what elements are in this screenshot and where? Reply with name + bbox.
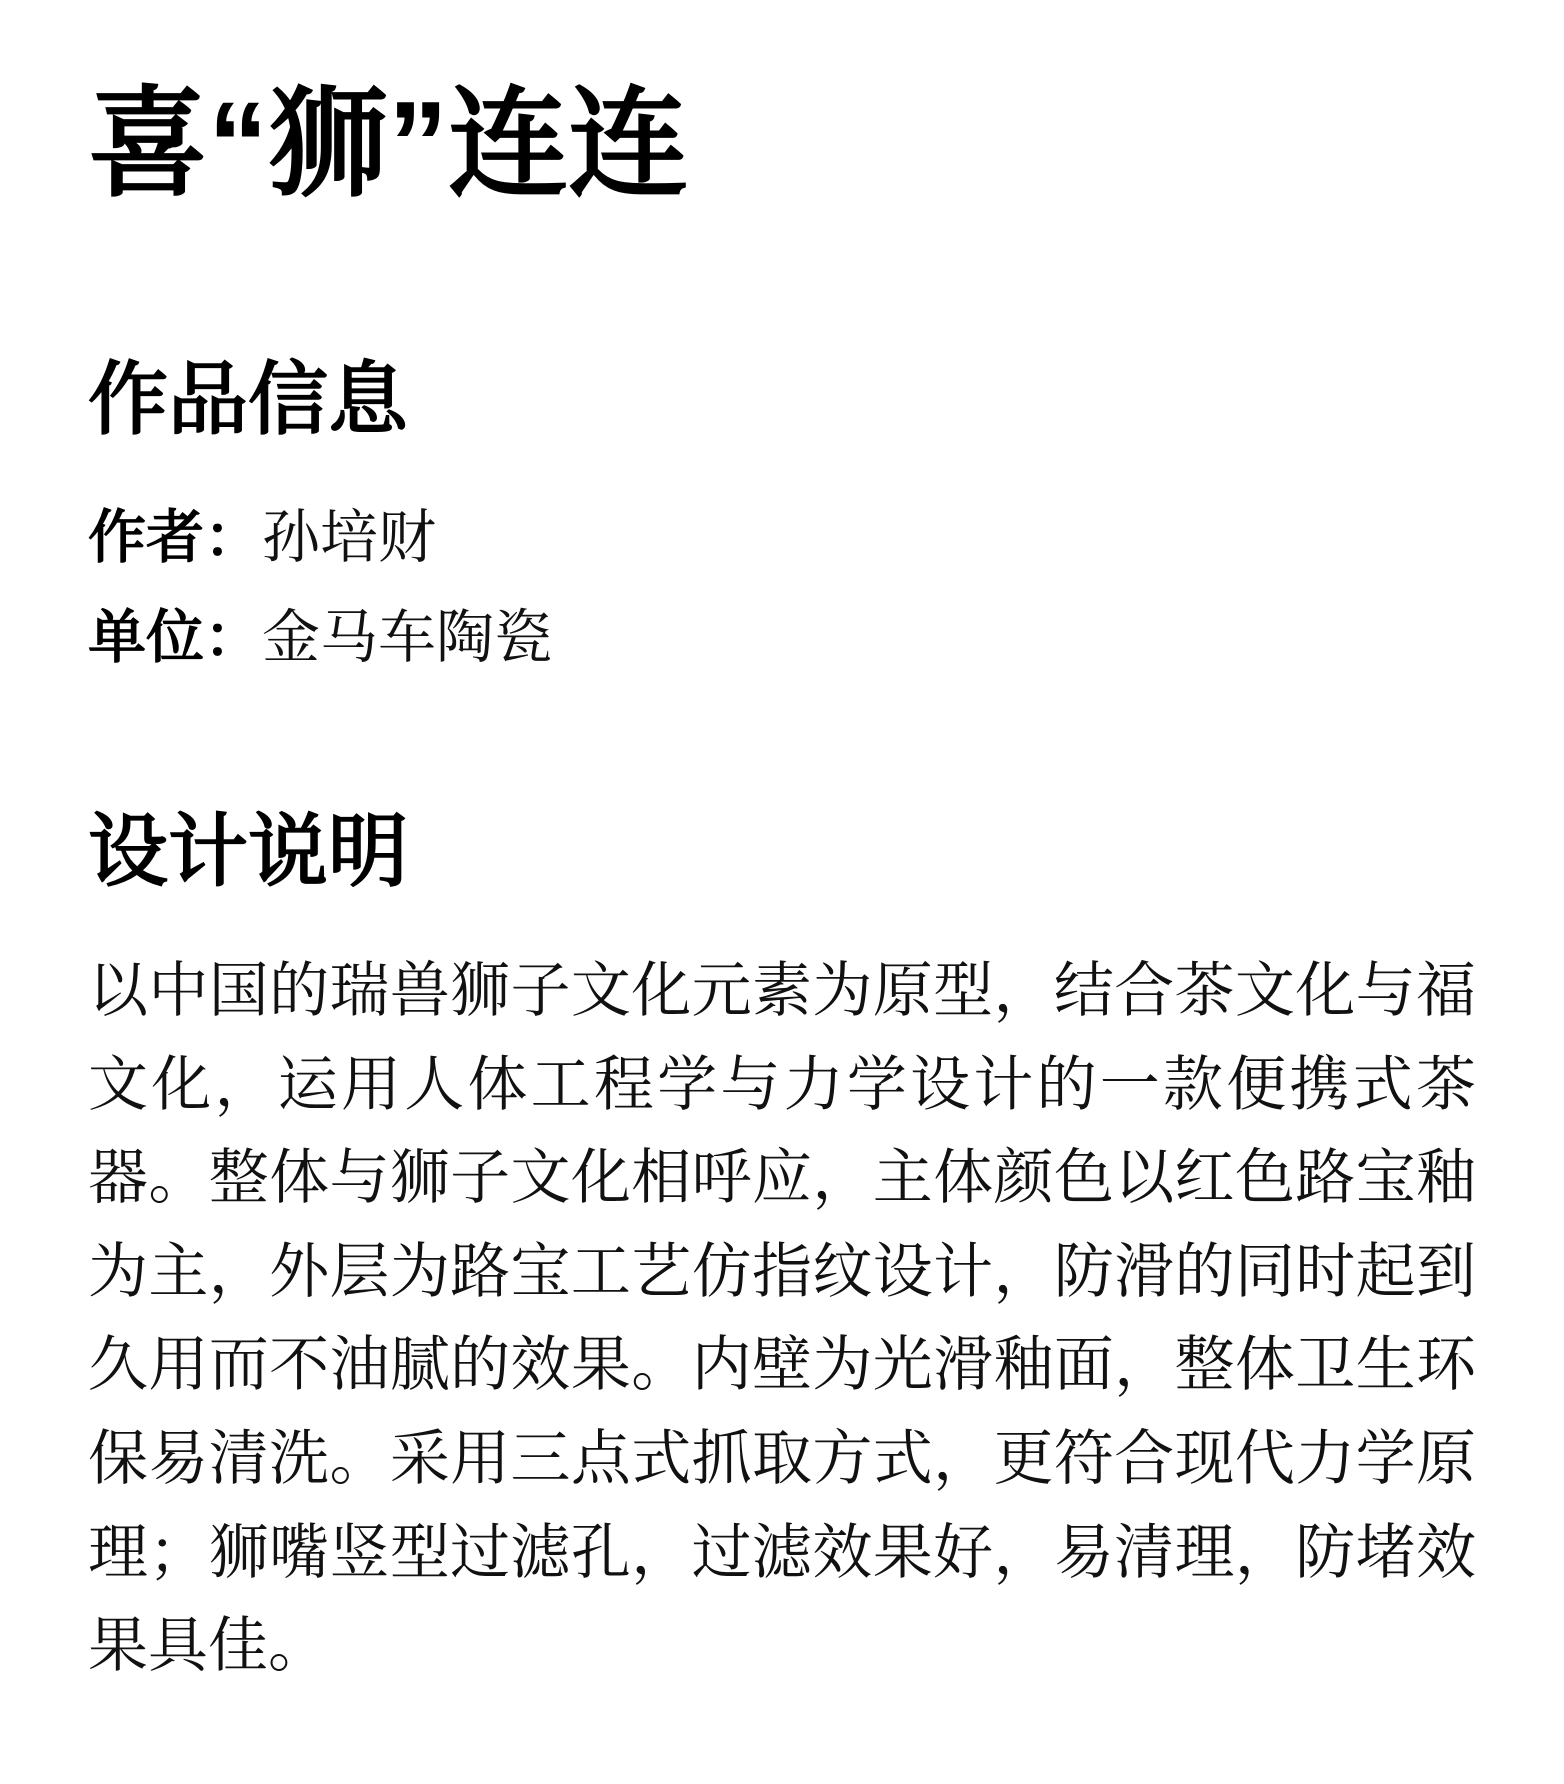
design-description-body: 以中国的瑞兽狮子文化元素为原型，结合茶文化与福文化，运用人体工程学与力学设计的一… [88, 944, 1476, 1693]
author-row: 作者：孙培财 [88, 488, 1476, 588]
unit-value: 金马车陶瓷 [262, 605, 552, 670]
design-description-section: 设计说明 以中国的瑞兽狮子文化元素为原型，结合茶文化与福文化，运用人体工程学与力… [88, 688, 1476, 1693]
article: 喜“狮”连连 作品信息 作者：孙培财 单位：金马车陶瓷 设计说明 以中国的瑞兽狮… [0, 0, 1564, 1784]
author-value: 孙培财 [262, 505, 436, 570]
author-label: 作者： [88, 505, 262, 570]
design-description-heading: 设计说明 [88, 806, 1476, 898]
page-title: 喜“狮”连连 [88, 75, 1476, 213]
page: { "title": "喜“狮”连连", "work_info": { "hea… [0, 0, 1564, 1784]
unit-label: 单位： [88, 605, 262, 670]
work-info-meta: 作者：孙培财 单位：金马车陶瓷 [88, 488, 1476, 688]
work-info-heading: 作品信息 [88, 354, 1476, 446]
work-info-section: 作品信息 作者：孙培财 单位：金马车陶瓷 [88, 213, 1476, 688]
unit-row: 单位：金马车陶瓷 [88, 588, 1476, 688]
